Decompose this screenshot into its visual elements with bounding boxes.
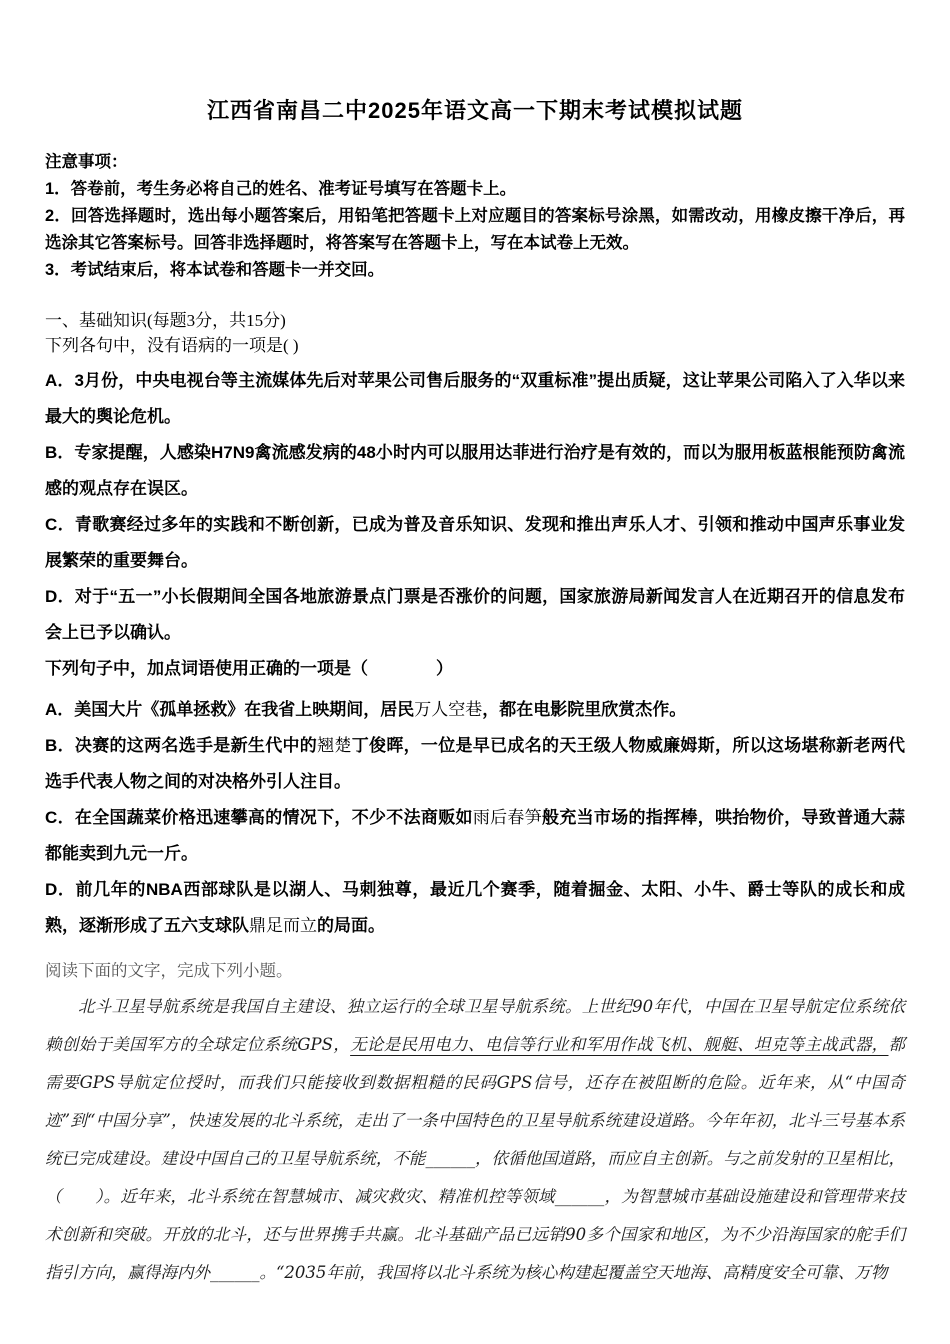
notice-heading: 注意事项： bbox=[45, 149, 905, 176]
option-label: C． bbox=[45, 808, 75, 827]
question-1-option-b: B．专家提醒，人感染H7N9禽流感发病的48小时内可以服用达菲进行治疗是有效的，… bbox=[45, 435, 905, 507]
reading-instruction: 阅读下面的文字，完成下列小题。 bbox=[45, 956, 905, 986]
reading-passage: 北斗卫星导航系统是我国自主建设、独立运行的全球卫星导航系统。上世纪90年代，中国… bbox=[45, 988, 905, 1292]
notice-item-2: 2．回答选择题时，选出每小题答案后，用铅笔把答题卡上对应题目的答案标号涂黑，如需… bbox=[45, 203, 905, 257]
option-text: 3月份，中央电视台等主流媒体先后对苹果公司售后服务的“双重标准”提出质疑，这让苹… bbox=[45, 371, 905, 426]
question-1-option-c: C．青歌赛经过多年的实践和不断创新，已成为普及音乐知识、发现和推出声乐人才、引领… bbox=[45, 507, 905, 579]
question-1-option-d: D．对于“五一”小长假期间全国各地旅游景点门票是否涨价的问题，国家旅游局新闻发言… bbox=[45, 579, 905, 651]
option-text: 专家提醒，人感染H7N9禽流感发病的48小时内可以服用达菲进行治疗是有效的，而以… bbox=[45, 443, 905, 498]
option-label: B． bbox=[45, 443, 74, 462]
option-text: 决赛的这两名选手是新生代中的翘楚丁俊晖，一位是早已成名的天王级人物威廉姆斯，所以… bbox=[45, 736, 905, 791]
question-2-option-d: D．前几年的NBA西部球队是以湖人、马刺独尊，最近几个赛季，随着掘金、太阳、小牛… bbox=[45, 872, 905, 944]
option-text: 前几年的NBA西部球队是以湖人、马刺独尊，最近几个赛季，随着掘金、太阳、小牛、爵… bbox=[45, 880, 905, 935]
option-text: 对于“五一”小长假期间全国各地旅游景点门票是否涨价的问题，国家旅游局新闻发言人在… bbox=[45, 587, 905, 642]
option-label: A． bbox=[45, 700, 74, 719]
page-title: 江西省南昌二中2025年语文高一下期末考试模拟试题 bbox=[45, 94, 905, 125]
option-label: B． bbox=[45, 736, 75, 755]
notice-item-1: 1．答卷前，考生务必将自己的姓名、准考证号填写在答题卡上。 bbox=[45, 176, 905, 203]
section-one-heading: 一、基础知识(每题3分，共15分) bbox=[45, 308, 905, 333]
option-label: D． bbox=[45, 880, 76, 899]
option-text: 青歌赛经过多年的实践和不断创新，已成为普及音乐知识、发现和推出声乐人才、引领和推… bbox=[45, 515, 905, 570]
question-2-option-a: A．美国大片《孤单拯救》在我省上映期间，居民万人空巷，都在电影院里欣赏杰作。 bbox=[45, 692, 905, 728]
question-2-option-c: C．在全国蔬菜价格迅速攀高的情况下，不少不法商贩如雨后春笋般充当市场的指挥棒，哄… bbox=[45, 800, 905, 872]
question-1-option-a: A．3月份，中央电视台等主流媒体先后对苹果公司售后服务的“双重标准”提出质疑，这… bbox=[45, 363, 905, 435]
question-1-stem: 下列各句中，没有语病的一项是( ) bbox=[45, 333, 905, 358]
option-label: A． bbox=[45, 371, 74, 390]
option-text: 在全国蔬菜价格迅速攀高的情况下，不少不法商贩如雨后春笋般充当市场的指挥棒，哄抬物… bbox=[45, 808, 905, 863]
option-label: C． bbox=[45, 515, 75, 534]
question-1-options: A．3月份，中央电视台等主流媒体先后对苹果公司售后服务的“双重标准”提出质疑，这… bbox=[45, 363, 905, 651]
notice-section: 注意事项： 1．答卷前，考生务必将自己的姓名、准考证号填写在答题卡上。 2．回答… bbox=[45, 149, 905, 284]
notice-item-3: 3．考试结束后，将本试卷和答题卡一并交回。 bbox=[45, 257, 905, 284]
exam-page: 江西省南昌二中2025年语文高一下期末考试模拟试题 注意事项： 1．答卷前，考生… bbox=[0, 0, 950, 1292]
question-2-options: A．美国大片《孤单拯救》在我省上映期间，居民万人空巷，都在电影院里欣赏杰作。 B… bbox=[45, 692, 905, 944]
option-text: 美国大片《孤单拯救》在我省上映期间，居民万人空巷，都在电影院里欣赏杰作。 bbox=[74, 700, 686, 719]
question-2-option-b: B．决赛的这两名选手是新生代中的翘楚丁俊晖，一位是早已成名的天王级人物威廉姆斯，… bbox=[45, 728, 905, 800]
option-label: D． bbox=[45, 587, 75, 606]
question-2-stem: 下列句子中，加点词语使用正确的一项是（ ） bbox=[45, 651, 905, 687]
